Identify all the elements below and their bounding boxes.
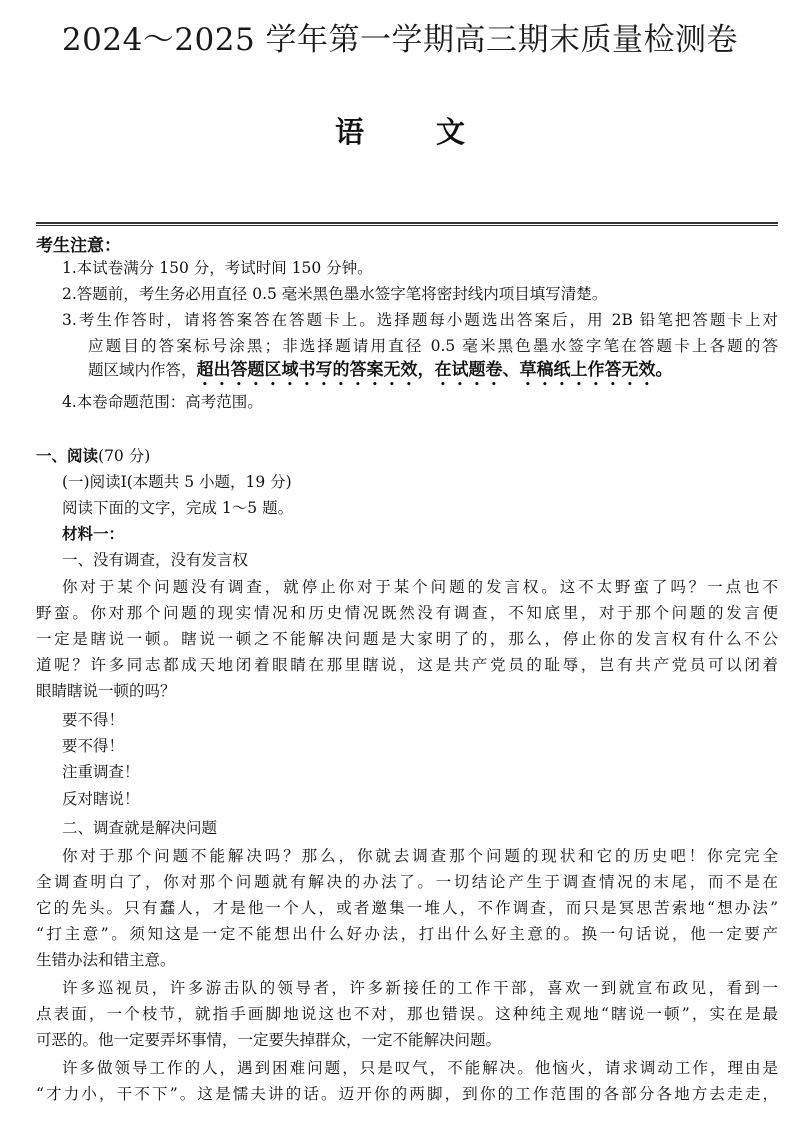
passage-line: 许多做领导工作的人，遇到困难问题，只是叹气，不能解决。他恼火，请求调动工作，理由…	[62, 1058, 778, 1078]
slogan: 要不得！	[62, 710, 124, 730]
notice-item-3-cont2: 题区域内作答，超出答题区域书写的答案无效，在试题卷、草稿纸上作答无效。	[88, 360, 673, 390]
section-heading-bold: 一、阅读	[36, 447, 98, 465]
sub-section-heading: (一)阅读Ⅰ(本题共 5 小题，19 分)	[62, 472, 292, 492]
emphasis-warning: 超出答题区域书写的答案无效，在试题卷、草稿纸上作答无效。	[197, 360, 673, 380]
reading-instruction: 阅读下面的文字，完成 1～5 题。	[62, 498, 293, 518]
notice-item-2: 2.答题前，考生务必用直径 0.5 毫米黑色墨水签字笔将密封线内项目填写清楚。	[62, 284, 607, 304]
passage-line: 生错办法和错主意。	[36, 950, 778, 970]
passage-line: 你对于某个问题没有调查，就停止你对于某个问题的发言权。这不太野蛮了吗？一点也不	[62, 577, 778, 597]
passage-part2-title: 二、调查就是解决问题	[62, 818, 217, 838]
passage-line: 道呢？许多同志都成天地闭着眼睛在那里瞎说，这是共产党员的耻辱，岂有共产党员可以闭…	[36, 655, 778, 675]
passage-line: “才力小，干不下”。这是懦夫讲的话。迈开你的两脚，到你的工作范围的各部分各地方去…	[36, 1084, 778, 1104]
passage-line: 你对于那个问题不能解决吗？那么，你就去调查那个问题的现状和它的历史吧！你完完全	[62, 846, 778, 866]
passage-line: 许多巡视员，许多游击队的领导者，许多新接任的工作干部，喜欢一到就宣布政见，看到一	[62, 978, 778, 998]
notice-item-3: 3.考生作答时，请将答案答在答题卡上。选择题每小题选出答案后，用 2B 铅笔把答…	[62, 310, 778, 330]
slogan: 注重调查！	[62, 762, 140, 782]
section-heading: 一、阅读(70 分)	[36, 446, 150, 466]
notice-item-3-cont: 应题目的答案标号涂黑；非选择题请用直径 0.5 毫米黑色墨水签字笔在答题卡上各题…	[88, 336, 778, 356]
passage-part1-title: 一、没有调查，没有发言权	[62, 550, 248, 570]
notice-item-4: 4.本卷命题范围：高考范围。	[62, 392, 263, 412]
passage-line: 全调查明白了，你对那个问题就有解决的办法了。一切结论产生于调查情况的末尾，而不是…	[36, 872, 778, 892]
double-rule-divider	[36, 222, 778, 226]
material-label: 材料一：	[62, 524, 124, 544]
exam-title: 2024～2025 学年第一学期高三期末质量检测卷	[0, 14, 800, 59]
slogan: 要不得！	[62, 736, 124, 756]
passage-line: “打主意”。须知这是一定不能想出什么好办法，打出什么好主意的。换一句话说，他一定…	[36, 924, 778, 944]
passage-line: 可恶的。他一定要弄坏事情，一定要失掉群众，一定不能解决问题。	[36, 1030, 778, 1050]
slogan: 反对瞎说！	[62, 789, 140, 809]
passage-line: 点表面，一个枝节，就指手画脚地说这也不对，那也错误。这种纯主观地“瞎说一顿”，实…	[36, 1004, 778, 1024]
subject-title: 语文	[0, 110, 800, 151]
notice-item-1: 1.本试卷满分 150 分，考试时间 150 分钟。	[62, 258, 373, 278]
notice-item-3-tail: 题区域内作答，	[88, 361, 197, 379]
section-heading-score: (70 分)	[98, 447, 150, 465]
passage-line: 它的先头。只有蠢人，才是他一个人，或者邀集一堆人，不作调查，而只是冥思苦索地“想…	[36, 898, 778, 918]
notice-heading: 考生注意：	[36, 231, 121, 256]
passage-line: 一定是瞎说一顿。瞎说一顿之不能解决问题是大家明了的，那么，停止你的发言权有什么不…	[36, 629, 778, 649]
subject-char-2: 文	[436, 110, 465, 151]
passage-line: 眼睛瞎说一顿的吗？	[36, 681, 778, 701]
subject-char-1: 语	[335, 110, 364, 151]
passage-line: 野蛮。你对那个问题的现实情况和历史情况既然没有调查，不知底里，对于那个问题的发言…	[36, 603, 778, 623]
